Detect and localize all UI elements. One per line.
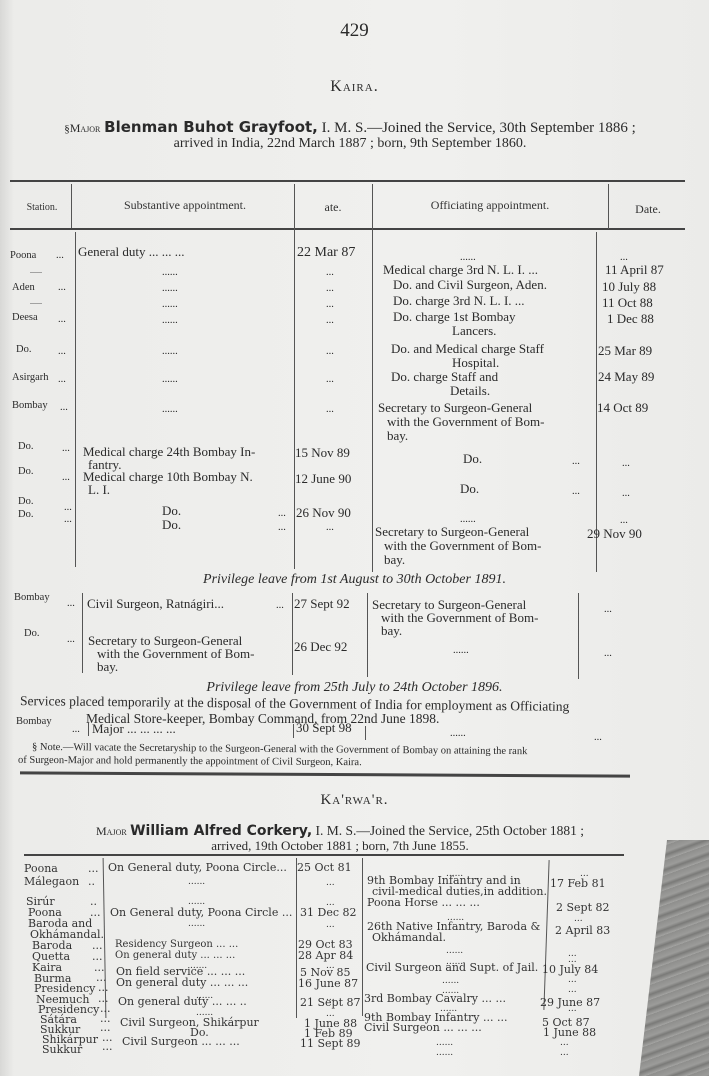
header-date: ate. <box>294 200 372 215</box>
cell-station: Do. <box>18 509 33 520</box>
cell-officiating: Do. and Civil Surgeon, Aden. <box>393 278 547 292</box>
cell-dots: ... <box>67 634 75 645</box>
cell-date: ... <box>326 404 334 415</box>
cell-officiating-cont: bay. <box>387 429 408 443</box>
officer-service-details: I. M. S.—Joined the Service, 30th Septem… <box>322 120 636 136</box>
officer-header-kaira: §Major Blenman Buhot Grayfoot, I. M. S.—… <box>20 118 680 137</box>
cell-date-off: ... <box>568 984 577 996</box>
cell-substantive: Do. <box>162 518 181 532</box>
officer-rank: Major <box>96 824 127 838</box>
cell-officiating: Do. <box>460 482 479 496</box>
column-divider <box>88 722 89 736</box>
cell-date-off: 1 Dec 88 <box>607 312 654 326</box>
cell-station: Asirgarh <box>12 372 49 383</box>
cell-date: 27 Sept 92 <box>294 597 350 611</box>
header-date-officiating: Date. <box>608 202 688 217</box>
cell-substantive: On General duty, Poona Circle... <box>108 862 287 874</box>
cell-officiating: Do. charge 1st Bombay <box>393 310 516 324</box>
cell-date: 26 Nov 90 <box>296 506 351 520</box>
cell-dots: ... <box>58 282 66 293</box>
cell-officiating: Secretary to Surgeon-General <box>375 525 529 539</box>
cell-dots: ... <box>56 250 64 261</box>
cell-substantive-cont: with the Government of Bom- <box>97 647 254 661</box>
document-page: 429 Kaira. §Major Blenman Buhot Grayfoot… <box>0 0 709 1076</box>
cell-date: ... <box>326 283 334 294</box>
cell-dots: ... <box>278 522 286 533</box>
section-divider-rule <box>20 771 630 777</box>
column-divider <box>372 184 373 572</box>
cell-dots: ... <box>278 508 286 519</box>
cell-substantive: Civil Surgeon, Ratnágiri... <box>87 597 224 611</box>
cell-dots: .. <box>88 876 95 888</box>
cell-dots: ... <box>58 314 66 325</box>
cell-substantive: On general duty ... ... ... <box>116 977 248 989</box>
cell-officiating: Medical charge 3rd N. L. I. ... <box>383 263 538 277</box>
table-top-rule <box>24 854 624 856</box>
cell-officiating-cont: Lancers. <box>452 324 496 338</box>
cell-date: ... <box>326 522 334 533</box>
cell-dots: ... <box>72 724 80 735</box>
cell-substantive: ...... <box>188 876 205 888</box>
cell-station: Sukkur <box>42 1044 82 1056</box>
cell-dots: ... <box>62 443 70 454</box>
cell-date: ... <box>326 299 334 310</box>
cell-dots: ... <box>572 486 580 497</box>
column-divider <box>75 232 76 567</box>
officer-rank: Major <box>70 121 101 135</box>
cell-substantive: ...... <box>162 283 178 294</box>
cell-dots: ... <box>67 598 75 609</box>
cell-station: Aden <box>12 282 35 293</box>
cell-officiating: Civil Surgeon and Supt. of Jail. <box>366 962 538 974</box>
cell-officiating-cont: with the Government of Bom- <box>381 611 538 625</box>
cell-officiating: ...... <box>453 645 469 656</box>
cell-station: Bombay <box>12 400 48 411</box>
cell-date-off: ... <box>622 488 630 499</box>
cell-date: ... <box>326 267 334 278</box>
cell-date-off: 11 Oct 88 <box>602 296 653 310</box>
cell-substantive: Do. <box>162 504 181 518</box>
officer-name: Blenman Buhot Grayfoot, <box>104 118 318 136</box>
cell-officiating: 3rd Bombay Cavalry ... ... <box>364 993 506 1005</box>
cell-officiating: Do. charge Staff and <box>391 370 498 384</box>
header-bottom-rule <box>10 228 685 230</box>
cell-date: 30 Sept 98 <box>296 721 352 735</box>
cell-substantive: On general duty ... ... ... <box>115 950 235 962</box>
column-divider <box>82 593 83 673</box>
cell-station: Do. <box>18 466 33 477</box>
cell-officiating-cont: with the Government of Bom- <box>387 415 544 429</box>
cell-date-off: ... <box>604 648 612 659</box>
cell-substantive: ...... <box>162 404 178 415</box>
header-officiating: Officiating appointment. <box>372 198 608 213</box>
cell-dots: ... <box>64 502 72 513</box>
cell-date-off: ... <box>604 604 612 615</box>
cell-dots: ... <box>62 472 70 483</box>
cell-station: Málegaon <box>24 876 79 888</box>
header-station: Station. <box>14 202 70 213</box>
cell-dots: ... <box>88 863 99 875</box>
column-divider <box>365 726 366 740</box>
cell-substantive: General duty ... ... ... <box>78 245 185 259</box>
cell-officiating-cont: with the Government of Bom- <box>384 539 541 553</box>
cell-date-off: 17 Feb 81 <box>550 878 606 890</box>
cell-date: 11 Sept 89 <box>300 1038 361 1050</box>
column-divider <box>362 858 363 1016</box>
cell-date-off: 11 April 87 <box>605 263 664 277</box>
officer-arrival-line: arrived in India, 22nd March 1887 ; born… <box>20 136 680 152</box>
cell-date-off: ... <box>594 732 602 743</box>
cell-date-off: 29 Nov 90 <box>587 527 642 541</box>
cell-officiating-cont: Details. <box>450 384 490 398</box>
cell-date: 25 Oct 81 <box>297 862 352 874</box>
cell-officiating-cont: Hospital. <box>452 356 499 370</box>
cell-substantive: Civil Surgeon ... ... ... <box>122 1036 240 1048</box>
cell-substantive: ...... <box>162 267 178 278</box>
cell-substantive: ...... <box>162 374 178 385</box>
cell-officiating: Poona Horse ... ... ... <box>367 897 480 909</box>
cell-substantive: ...... <box>162 315 178 326</box>
cell-date-off: ... <box>620 515 628 526</box>
section-title-karwar: Ka'rwa'r. <box>0 792 709 809</box>
cell-date-off: 10 July 88 <box>602 280 656 294</box>
cell-officiating: ...... <box>450 728 466 739</box>
cell-officiating-cont: bay. <box>384 553 405 567</box>
cell-date-off: ... <box>560 1047 569 1059</box>
officer-service-details: I. M. S.—Joined the Service, 25th Octobe… <box>316 823 584 838</box>
cell-date: 16 June 87 <box>298 978 358 990</box>
page-number: 429 <box>0 20 709 42</box>
leave-note-1891: Privilege leave from 1st August to 30th … <box>0 572 709 588</box>
header-substantive: Substantive appointment. <box>75 198 295 213</box>
cell-station: Do. <box>18 496 33 507</box>
cell-dots: ... <box>276 600 284 611</box>
cell-date: 22 Mar 87 <box>297 246 355 260</box>
cell-date-off: 2 Sept 82 <box>556 902 610 914</box>
cell-date: ... <box>326 919 335 931</box>
cell-date: 26 Dec 92 <box>294 640 347 654</box>
cell-dots: ... <box>64 514 72 525</box>
cell-station: Do. <box>24 628 39 639</box>
cell-substantive: ...... <box>162 346 178 357</box>
cell-officiating: Do. and Medical charge Staff <box>391 342 544 356</box>
cell-substantive: Major ... ... ... ... <box>92 722 176 736</box>
cell-dots: ... <box>58 346 66 357</box>
cell-station: ...... <box>30 265 42 276</box>
cell-officiating-cont: bay. <box>381 624 402 638</box>
cell-date-off: 14 Oct 89 <box>597 401 648 415</box>
cell-substantive: On general duty ... ... .. <box>118 996 247 1008</box>
table-surface-background <box>639 840 709 1076</box>
cell-dots: ... <box>58 374 66 385</box>
cell-date-off: 25 Mar 89 <box>598 344 652 358</box>
cell-dots: ... <box>60 402 68 413</box>
cell-officiating: Do. charge 3rd N. L. I. ... <box>393 294 525 308</box>
cell-station: Poona <box>24 863 58 875</box>
cell-substantive-cont: bay. <box>97 660 118 674</box>
column-divider <box>296 858 297 1018</box>
cell-date: ... <box>326 877 335 889</box>
column-divider <box>293 724 294 738</box>
cell-station: Do. <box>16 344 31 355</box>
cell-officiating-cont: Okhámandal. <box>372 932 446 944</box>
column-divider <box>578 593 579 679</box>
cell-officiating: Do. <box>463 452 482 466</box>
table-top-rule <box>10 180 685 182</box>
cell-substantive: ...... <box>162 299 178 310</box>
cell-date-off: ... <box>568 1003 577 1015</box>
cell-date: 12 June 90 <box>295 472 351 486</box>
cell-date: ... <box>326 315 334 326</box>
column-divider <box>543 860 549 1010</box>
officer-header-karwar: Major William Alfred Corkery, I. M. S.—J… <box>30 823 650 839</box>
officer-arrival-line: arrived, 19th October 1881 ; born, 7th J… <box>30 838 650 854</box>
cell-dots: ... <box>102 1041 113 1053</box>
column-divider <box>294 184 295 569</box>
column-divider <box>71 184 72 228</box>
cell-date: ... <box>326 346 334 357</box>
cell-station: Deesa <box>12 312 38 323</box>
cell-date: ... <box>326 374 334 385</box>
column-divider <box>367 593 368 677</box>
cell-station: Bombay <box>16 716 52 727</box>
cell-date-off: 1 June 88 <box>543 1027 596 1039</box>
cell-officiating: Secretary to Surgeon-General <box>378 401 532 415</box>
cell-date: 15 Nov 89 <box>295 446 350 460</box>
section-title-kaira: Kaira. <box>0 78 709 96</box>
cell-station: Do. <box>18 441 33 452</box>
column-divider <box>292 593 293 675</box>
cell-substantive-cont: L. I. <box>88 483 110 497</box>
officer-name: William Alfred Corkery, <box>130 823 312 839</box>
cell-station: ...... <box>30 296 42 307</box>
cell-date-off: 2 April 83 <box>555 925 610 937</box>
cell-officiating: ...... <box>436 1047 453 1059</box>
footnote-line2: of Surgeon-Major and hold permanently th… <box>18 755 362 768</box>
cell-date-off: ... <box>622 458 630 469</box>
cell-officiating: Civil Surgeon ... ... ... <box>364 1022 482 1034</box>
cell-substantive: ...... <box>188 918 205 930</box>
cell-dots: ... <box>572 456 580 467</box>
cell-date-off: 24 May 89 <box>598 370 654 384</box>
cell-station: Poona <box>10 250 36 261</box>
cell-date: 31 Dec 82 <box>300 907 356 919</box>
cell-station: Bombay <box>14 592 50 603</box>
